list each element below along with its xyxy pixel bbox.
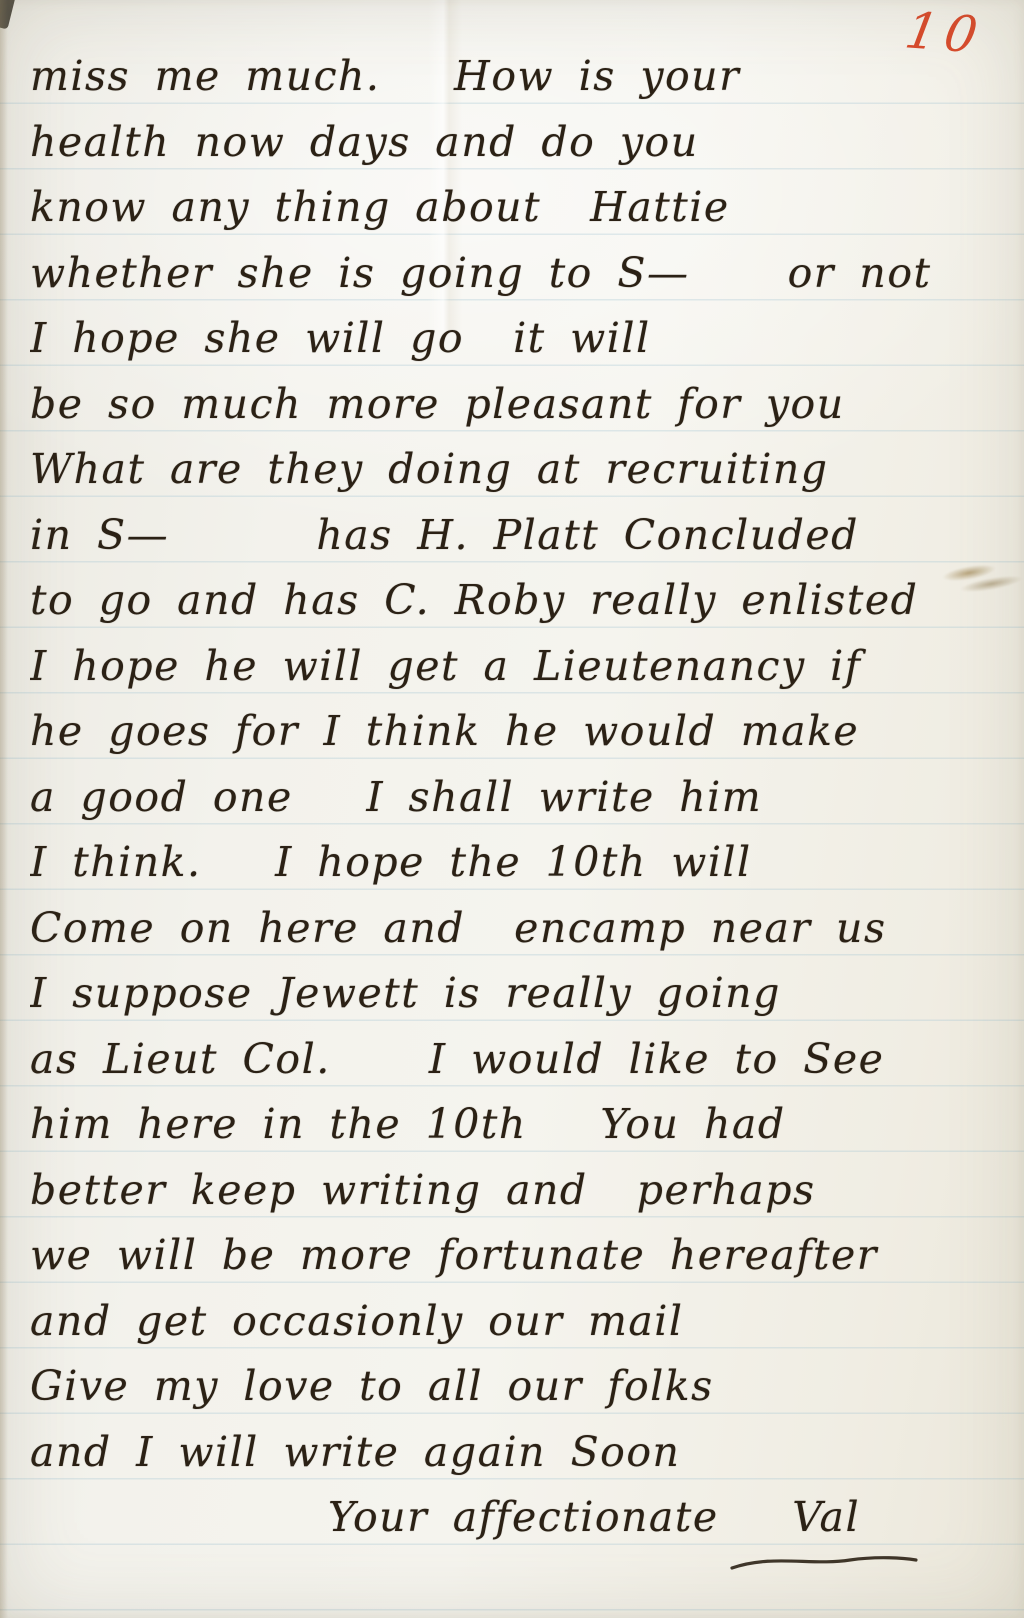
handwritten-line: know any thing about Hattie	[30, 175, 1020, 241]
handwritten-line: and I will write again Soon	[30, 1420, 1020, 1486]
handwritten-line: health now days and do you	[30, 110, 1020, 176]
signature-line: Your affectionate Val	[30, 1485, 1020, 1551]
handwritten-line: I hope she will go it will	[30, 306, 1020, 372]
handwritten-line: be so much more pleasant for you	[30, 372, 1020, 438]
handwritten-line: Give my love to all our folks	[30, 1354, 1020, 1420]
handwritten-line: better keep writing and perhaps	[30, 1158, 1020, 1224]
handwritten-line: What are they doing at recruiting	[30, 437, 1020, 503]
handwritten-line: him here in the 10th You had	[30, 1092, 1020, 1158]
handwritten-line: in S— has H. Platt Concluded	[30, 503, 1020, 569]
handwritten-line: we will be more fortunate hereafter	[30, 1223, 1020, 1289]
handwritten-line: whether she is going to S— or not	[30, 241, 1020, 307]
handwritten-line: miss me much. How is your	[30, 44, 1020, 110]
handwritten-line: a good one I shall write him	[30, 765, 1020, 831]
handwritten-line: to go and has C. Roby really enlisted	[30, 568, 1020, 634]
signature-underline-flourish	[726, 1546, 922, 1576]
handwritten-line: he goes for I think he would make	[30, 699, 1020, 765]
handwritten-line: as Lieut Col. I would like to See	[30, 1027, 1020, 1093]
handwritten-line: and get occasionly our mail	[30, 1289, 1020, 1355]
handwritten-line: I think. I hope the 10th will	[30, 830, 1020, 896]
handwritten-line: I suppose Jewett is really going	[30, 961, 1020, 1027]
letter-body: miss me much. How is yourhealth now days…	[30, 44, 1020, 1618]
paper-edge-shading	[0, 0, 8, 1618]
handwritten-line: Come on here and encamp near us	[30, 896, 1020, 962]
handwritten-line: I hope he will get a Lieutenancy if	[30, 634, 1020, 700]
scanned-letter-page: 10 miss me much. How is yourhealth now d…	[0, 0, 1024, 1618]
